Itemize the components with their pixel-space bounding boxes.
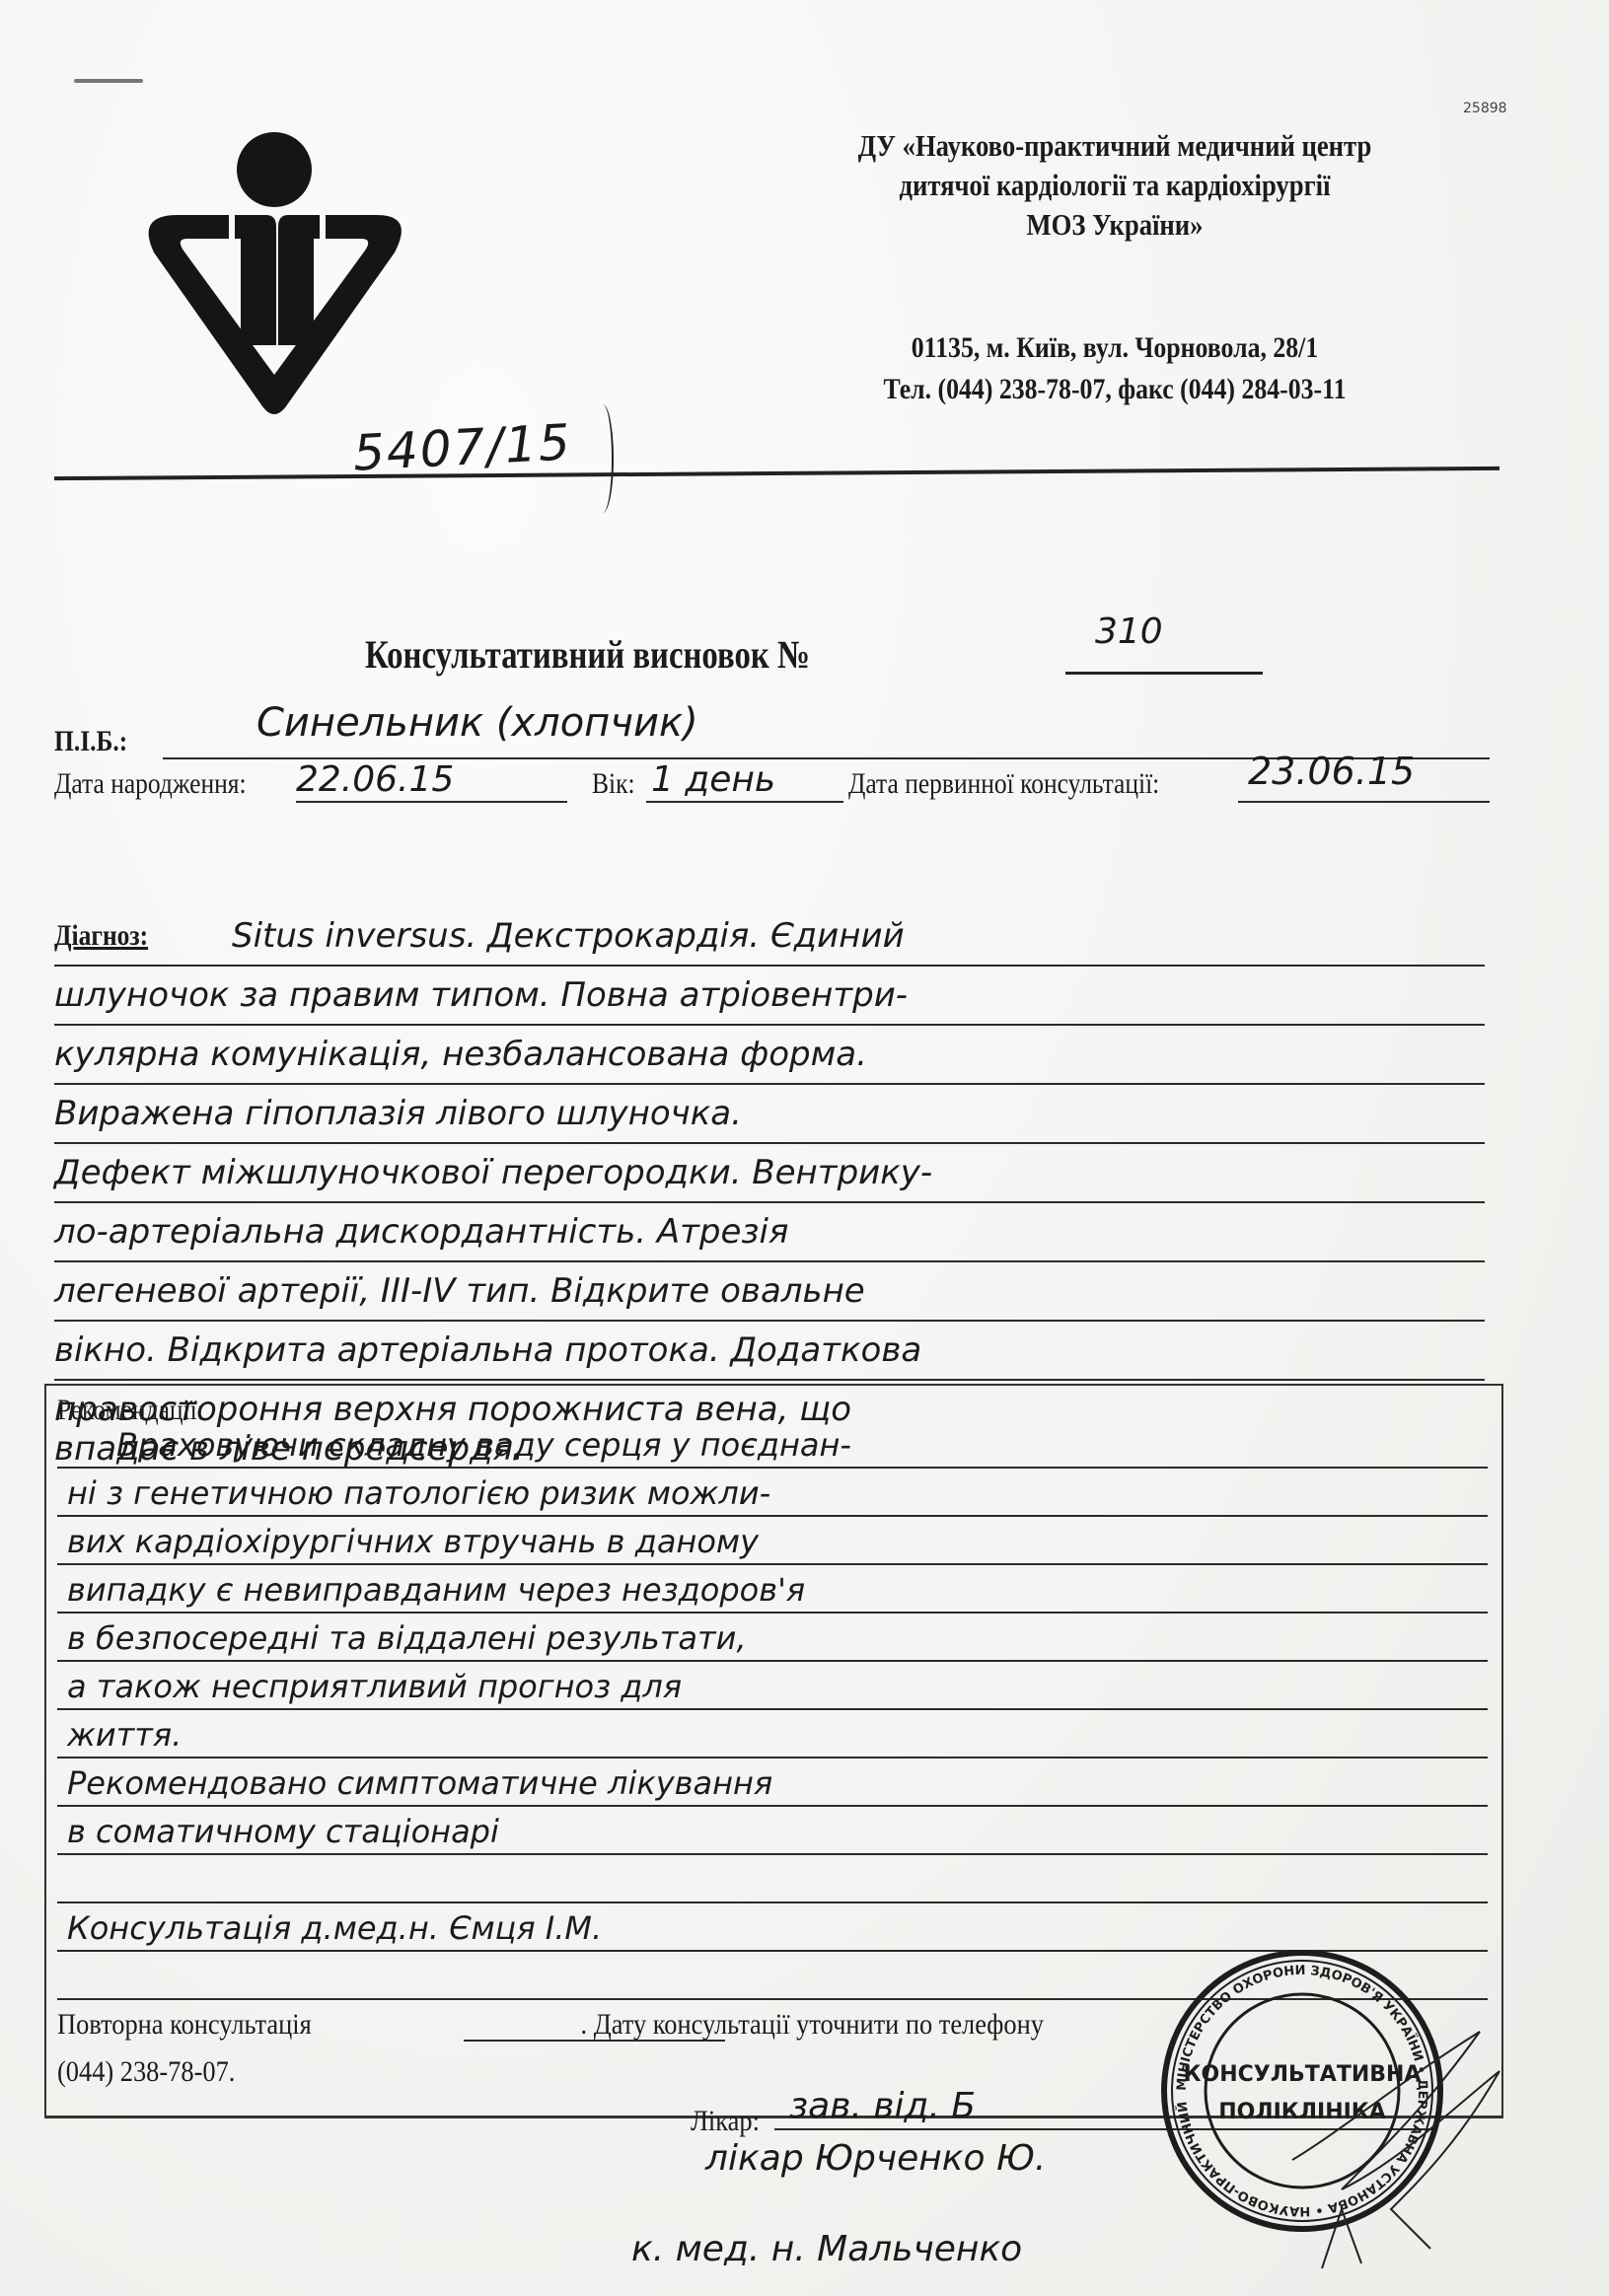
conclusion-number-underline — [1065, 672, 1263, 675]
document-title: Консультативний висновок № — [365, 631, 810, 678]
recommendation-line — [57, 1855, 1488, 1903]
diagnosis-line: Situs inversus. Декстрокардія. Єдиний — [54, 907, 1485, 967]
recommendation-line: випадку є невиправданим через нездоров'я — [57, 1565, 1488, 1614]
repeat-consultation-label: Повторна консультація — [57, 2008, 312, 2041]
recommendation-line: ні з генетичною патологією ризик можли- — [57, 1469, 1488, 1517]
repeat-consultation-text: Повторна консультація. Дату консультації… — [57, 2008, 1044, 2042]
age-underline — [646, 801, 843, 803]
diagnosis-line: легеневої артерії, III-IV тип. Відкрите … — [54, 1262, 1485, 1322]
recommendation-line: а також несприятливий прогноз для — [57, 1662, 1488, 1710]
recommendations-text: Враховуючи складну ваду серця у поєднан-… — [57, 1420, 1488, 2000]
recommendation-line: вих кардіохірургічних втручань в даному — [57, 1517, 1488, 1565]
logo-icon — [118, 128, 444, 424]
org-name-line: МОЗ України» — [767, 205, 1462, 245]
organization-contacts: 01135, м. Київ, вул. Чорновола, 28/1 Тел… — [767, 327, 1462, 410]
patient-name-value: Синельник (хлопчик) — [256, 700, 698, 746]
registration-bracket — [592, 404, 614, 513]
birth-date-label: Дата народження: — [54, 767, 247, 801]
patient-name-label: П.І.Б.: — [54, 725, 127, 758]
doctor-signature-line2: лікар Юрченко Ю. — [705, 2138, 1046, 2179]
org-address: 01135, м. Київ, вул. Чорновола, 28/1 — [767, 327, 1462, 369]
repeat-consultation-underline — [464, 2040, 725, 2042]
org-phones: Тел. (044) 238-78-07, факс (044) 284-03-… — [767, 369, 1462, 410]
organization-name: ДУ «Науково-практичний медичний центр ди… — [767, 126, 1462, 245]
birth-date-underline — [296, 801, 567, 803]
recommendation-line: Рекомендовано симптоматичне лікування — [57, 1758, 1488, 1807]
recommendation-line: життя. — [57, 1710, 1488, 1758]
recommendation-line: в безпосередні та віддалені результати, — [57, 1614, 1488, 1662]
doctor-signature-line1: зав. від. Б — [789, 2086, 976, 2126]
first-consultation-underline — [1238, 801, 1490, 803]
repeat-consultation-instruction: . Дату консультації уточнити по телефону — [581, 2008, 1044, 2041]
first-consultation-label: Дата первинної консультації: — [848, 767, 1159, 801]
conclusion-number: 310 — [1095, 611, 1163, 652]
diagnosis-line: ло-артеріальна дискордантність. Атрезія — [54, 1203, 1485, 1262]
diagnosis-line: шлуночок за правим типом. Повна атріовен… — [54, 967, 1485, 1026]
age-label: Вік: — [592, 767, 635, 801]
signature-scribble-icon — [1282, 2012, 1509, 2278]
document-number: 25898 — [1463, 101, 1507, 116]
birth-date-value: 22.06.15 — [296, 759, 454, 800]
doctor-label: Лікар: — [691, 2105, 760, 2138]
diagnosis-label: Діагноз: — [54, 919, 148, 953]
diagnosis-line: Дефект міжшлуночкової перегородки. Вентр… — [54, 1144, 1485, 1203]
recommendation-line: в соматичному стаціонарі — [57, 1807, 1488, 1855]
first-consultation-value: 23.06.15 — [1248, 750, 1415, 793]
diagnosis-line: Виражена гіпоплазія лівого шлуночка. — [54, 1085, 1485, 1144]
diagnosis-line: кулярна комунікація, незбалансована форм… — [54, 1026, 1485, 1085]
org-name-line: ДУ «Науково-практичний медичний центр — [767, 126, 1462, 166]
org-name-line: дитячої кардіології та кардіохірургії — [767, 166, 1462, 205]
registration-number: 5407/15 — [352, 413, 573, 482]
age-value: 1 день — [651, 759, 775, 800]
recommendation-line: Враховуючи складну ваду серця у поєднан- — [57, 1420, 1488, 1469]
repeat-consultation-phone: (044) 238-78-07. — [57, 2055, 235, 2089]
head-signature: к. мед. н. Мальченко — [631, 2229, 1022, 2269]
header-divider — [54, 466, 1499, 480]
scanned-document-page: 25898 ДУ «Науково-практичний медичний це… — [0, 0, 1609, 2296]
diagnosis-line: вікно. Відкрита артеріальна протока. Дод… — [54, 1322, 1485, 1381]
staple-mark — [74, 79, 143, 83]
